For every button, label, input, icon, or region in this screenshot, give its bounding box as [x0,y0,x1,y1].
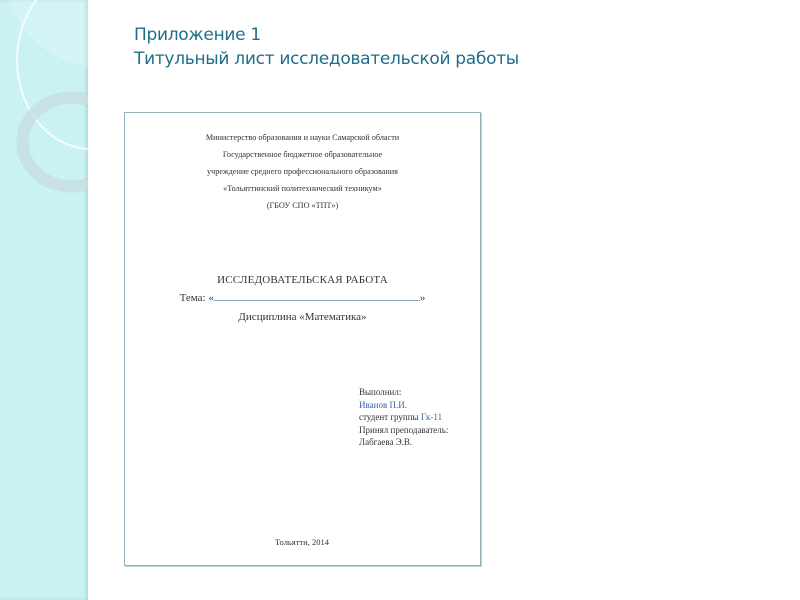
discipline: Дисциплина «Математика» [125,307,480,327]
slide-title: Приложение 1 Титульный лист исследовател… [134,23,519,71]
header-line: учреждение среднего профессионального об… [125,163,480,180]
header-line: «Тольяттинский политехнический техникум» [125,180,480,197]
done-label: Выполнил: [359,386,448,399]
student-name: Иванов П.И. [359,399,448,412]
header-line: Министерство образования и науки Самарск… [125,129,480,146]
teacher-name: Лабгаева Э.В. [359,436,448,449]
group-code: Гк-11 [421,412,442,422]
header-line: (ГБОУ СПО «ТПТ») [125,197,480,214]
topic-blank-field [214,290,420,301]
work-title: ИССЛЕДОВАТЕЛЬСКАЯ РАБОТА [125,271,480,289]
document-footer: Тольятти, 2014 [275,537,329,547]
accepted-label: Принял преподаватель: [359,424,448,437]
slide-title-line-1: Приложение 1 [134,23,519,47]
author-block: Выполнил: Иванов П.И. студент группы Гк-… [359,386,448,449]
topic-line: Тема: «» [125,289,480,307]
document-main: ИССЛЕДОВАТЕЛЬСКАЯ РАБОТА Тема: «» Дисцип… [125,271,480,327]
decorative-sidebar [0,0,88,600]
student-group-line: студент группы Гк-11 [359,411,448,424]
group-prefix: студент группы [359,412,421,422]
topic-close-quote: » [420,292,426,304]
title-page-document: Министерство образования и науки Самарск… [124,112,481,566]
header-line: Государственное бюджетное образовательно… [125,146,480,163]
slide-title-line-2: Титульный лист исследовательской работы [134,47,519,71]
document-header: Министерство образования и науки Самарск… [125,129,480,214]
topic-label: Тема: « [180,292,214,304]
